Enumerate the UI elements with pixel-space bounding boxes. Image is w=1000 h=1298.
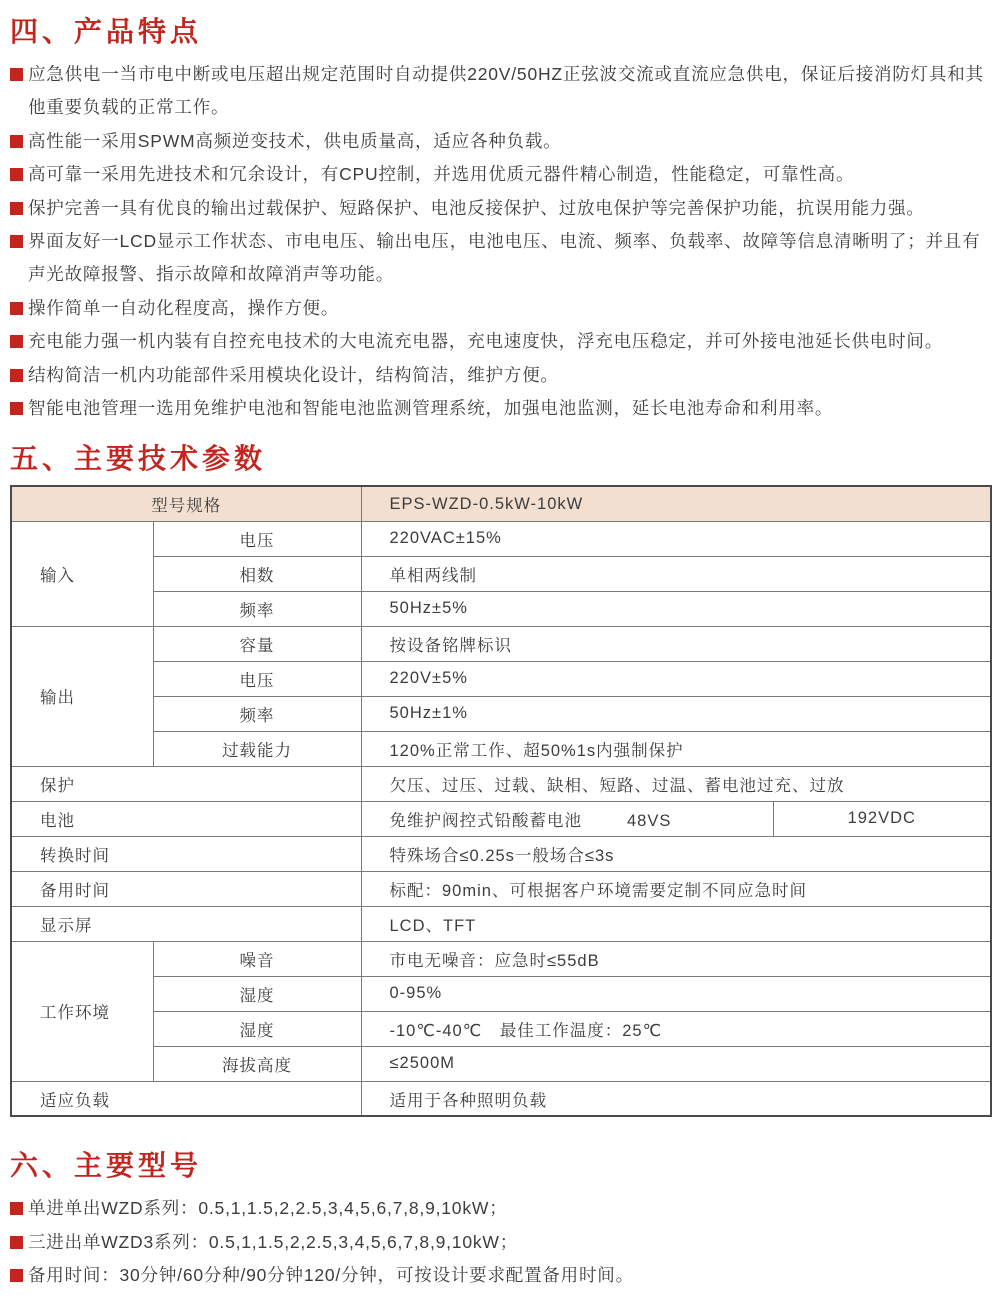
table-row-env-temperature: 湿度 -10℃-40℃ 最佳工作温度：25℃ (11, 1011, 991, 1046)
table-row-input-phase: 相数 单相两线制 (11, 556, 991, 591)
output-group-label: 输出 (11, 626, 153, 766)
model-spec-header-value: EPS-WZD-0.5kW-10kW (361, 486, 991, 521)
bullet-square-icon (10, 202, 23, 215)
env-altitude-value: ≤2500M (361, 1046, 991, 1081)
bullet-square-icon (10, 335, 23, 348)
table-row-transfer-time: 转换时间 特殊场合≤0.25s一般场合≤3s (11, 836, 991, 871)
table-row-output-voltage: 电压 220V±5% (11, 661, 991, 696)
model-spec-header-label: 型号规格 (11, 486, 361, 521)
protection-label: 保护 (11, 766, 361, 801)
battery-voltage-1: 48VS (627, 812, 671, 830)
feature-item: 应急供电一当市电中断或电压超出规定范围时自动提供220V/50HZ正弦波交流或直… (10, 58, 990, 125)
env-humidity-value: 0-95% (361, 976, 991, 1011)
battery-voltage-2: 192VDC (773, 801, 991, 836)
model-item: 单进单出WZD系列：0.5,1,1.5,2,2.5,3,4,5,6,7,8,9,… (10, 1192, 990, 1225)
table-row-protection: 保护 欠压、过压、过载、缺相、短路、过温、蓄电池过充、过放 (11, 766, 991, 801)
table-row-env-humidity: 湿度 0-95% (11, 976, 991, 1011)
bullet-square-icon (10, 302, 23, 315)
battery-label: 电池 (11, 801, 361, 836)
feature-item: 高性能一采用SPWM高频逆变技术，供电质量高，适应各种负载。 (10, 125, 990, 158)
section-title-specs: 五、主要技术参数 (10, 443, 990, 475)
table-row-output-frequency: 频率 50Hz±1% (11, 696, 991, 731)
bullet-square-icon (10, 235, 23, 248)
feature-item: 充电能力强一机内装有自控充电技术的大电流充电器，充电速度快，浮充电压稳定，并可外… (10, 325, 990, 358)
input-frequency-label: 频率 (153, 591, 361, 626)
protection-value: 欠压、过压、过载、缺相、短路、过温、蓄电池过充、过放 (361, 766, 991, 801)
model-text: 单进单出WZD系列：0.5,1,1.5,2,2.5,3,4,5,6,7,8,9,… (28, 1198, 508, 1218)
env-temperature-label: 湿度 (153, 1011, 361, 1046)
bullet-square-icon (10, 1269, 23, 1282)
section-title-models: 六、主要型号 (10, 1150, 990, 1182)
load-value: 适用于各种照明负载 (361, 1081, 991, 1116)
bullet-square-icon (10, 369, 23, 382)
feature-text: 保护完善一具有优良的输出过载保护、短路保护、电池反接保护、过放电保护等完善保护功… (28, 198, 925, 218)
table-row-display: 显示屏 LCD、TFT (11, 906, 991, 941)
bullet-square-icon (10, 1236, 23, 1249)
table-row-backup-time: 备用时间 标配：90min、可根据客户环境需要定制不同应急时间 (11, 871, 991, 906)
env-noise-label: 噪音 (153, 941, 361, 976)
input-phase-label: 相数 (153, 556, 361, 591)
backup-time-label: 备用时间 (11, 871, 361, 906)
bullet-square-icon (10, 168, 23, 181)
feature-item: 保护完善一具有优良的输出过载保护、短路保护、电池反接保护、过放电保护等完善保护功… (10, 192, 990, 225)
feature-item: 界面友好一LCD显示工作状态、市电电压、输出电压，电池电压、电流、频率、负载率、… (10, 225, 990, 292)
env-altitude-label: 海拔高度 (153, 1046, 361, 1081)
table-row-output-capacity: 输出 容量 按设备铭牌标识 (11, 626, 991, 661)
table-row-output-overload: 过载能力 120%正常工作、超50%1s内强制保护 (11, 731, 991, 766)
table-row-load: 适应负载 适用于各种照明负载 (11, 1081, 991, 1116)
output-frequency-label: 频率 (153, 696, 361, 731)
display-value: LCD、TFT (361, 906, 991, 941)
output-voltage-label: 电压 (153, 661, 361, 696)
feature-item: 结构简洁一机内功能部件采用模块化设计，结构简洁，维护方便。 (10, 359, 990, 392)
env-temperature-value: -10℃-40℃ 最佳工作温度：25℃ (361, 1011, 991, 1046)
model-text: 三进出单WZD3系列：0.5,1,1.5,2,2.5,3,4,5,6,7,8,9… (28, 1232, 518, 1252)
section-title-features: 四、产品特点 (10, 16, 990, 48)
output-overload-label: 过载能力 (153, 731, 361, 766)
backup-time-value: 标配：90min、可根据客户环境需要定制不同应急时间 (361, 871, 991, 906)
bullet-square-icon (10, 1202, 23, 1215)
feature-item: 高可靠一采用先进技术和冗余设计，有CPU控制，并选用优质元器件精心制造，性能稳定… (10, 158, 990, 191)
feature-text: 界面友好一LCD显示工作状态、市电电压、输出电压，电池电压、电流、频率、负载率、… (28, 231, 980, 284)
output-overload-value: 120%正常工作、超50%1s内强制保护 (361, 731, 991, 766)
feature-text: 充电能力强一机内装有自控充电技术的大电流充电器，充电速度快，浮充电压稳定，并可外… (28, 331, 943, 351)
input-group-label: 输入 (11, 521, 153, 626)
input-phase-value: 单相两线制 (361, 556, 991, 591)
feature-text: 应急供电一当市电中断或电压超出规定范围时自动提供220V/50HZ正弦波交流或直… (28, 64, 984, 117)
models-list: 单进单出WZD系列：0.5,1,1.5,2,2.5,3,4,5,6,7,8,9,… (10, 1192, 990, 1292)
model-item: 备用时间：30分钟/60分种/90分钟120/分钟，可按设计要求配置备用时间。 (10, 1259, 990, 1292)
battery-type-cell: 免维护阀控式铅酸蓄电池48VS (361, 801, 773, 836)
document-page: 四、产品特点 应急供电一当市电中断或电压超出规定范围时自动提供220V/50HZ… (0, 0, 1000, 1298)
table-row-env-altitude: 海拔高度 ≤2500M (11, 1046, 991, 1081)
table-header-row: 型号规格 EPS-WZD-0.5kW-10kW (11, 486, 991, 521)
table-row-input-voltage: 输入 电压 220VAC±15% (11, 521, 991, 556)
model-text: 备用时间：30分钟/60分种/90分钟120/分钟，可按设计要求配置备用时间。 (28, 1265, 634, 1285)
table-row-battery: 电池 免维护阀控式铅酸蓄电池48VS 192VDC (11, 801, 991, 836)
feature-item: 智能电池管理一选用免维护电池和智能电池监测管理系统，加强电池监测，延长电池寿命和… (10, 392, 990, 425)
bullet-square-icon (10, 402, 23, 415)
input-voltage-value: 220VAC±15% (361, 521, 991, 556)
transfer-time-value: 特殊场合≤0.25s一般场合≤3s (361, 836, 991, 871)
environment-group-label: 工作环境 (11, 941, 153, 1081)
bullet-square-icon (10, 68, 23, 81)
display-label: 显示屏 (11, 906, 361, 941)
input-voltage-label: 电压 (153, 521, 361, 556)
input-frequency-value: 50Hz±5% (361, 591, 991, 626)
bullet-square-icon (10, 135, 23, 148)
model-item: 三进出单WZD3系列：0.5,1,1.5,2,2.5,3,4,5,6,7,8,9… (10, 1226, 990, 1259)
table-row-input-frequency: 频率 50Hz±5% (11, 591, 991, 626)
feature-text: 智能电池管理一选用免维护电池和智能电池监测管理系统，加强电池监测，延长电池寿命和… (28, 398, 833, 418)
env-noise-value: 市电无噪音：应急时≤55dB (361, 941, 991, 976)
features-list: 应急供电一当市电中断或电压超出规定范围时自动提供220V/50HZ正弦波交流或直… (10, 58, 990, 425)
env-humidity-label: 湿度 (153, 976, 361, 1011)
output-capacity-label: 容量 (153, 626, 361, 661)
output-capacity-value: 按设备铭牌标识 (361, 626, 991, 661)
load-label: 适应负载 (11, 1081, 361, 1116)
feature-text: 高性能一采用SPWM高频逆变技术，供电质量高，适应各种负载。 (28, 131, 561, 151)
output-voltage-value: 220V±5% (361, 661, 991, 696)
feature-text: 结构简洁一机内功能部件采用模块化设计，结构简洁，维护方便。 (28, 365, 559, 385)
table-row-env-noise: 工作环境 噪音 市电无噪音：应急时≤55dB (11, 941, 991, 976)
feature-text: 操作简单一自动化程度高，操作方便。 (28, 298, 339, 318)
battery-type: 免维护阀控式铅酸蓄电池 (390, 812, 583, 830)
output-frequency-value: 50Hz±1% (361, 696, 991, 731)
feature-text: 高可靠一采用先进技术和冗余设计，有CPU控制，并选用优质元器件精心制造，性能稳定… (28, 164, 854, 184)
transfer-time-label: 转换时间 (11, 836, 361, 871)
specs-table: 型号规格 EPS-WZD-0.5kW-10kW 输入 电压 220VAC±15%… (10, 485, 992, 1117)
feature-item: 操作简单一自动化程度高，操作方便。 (10, 292, 990, 325)
